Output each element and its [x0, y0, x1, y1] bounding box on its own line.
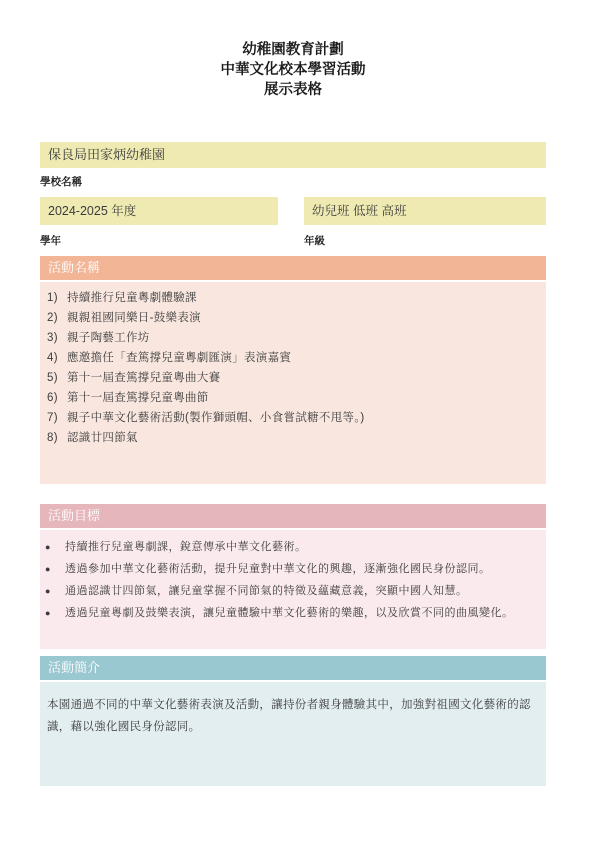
- activity-name-item: 1) 持續推行兒童粵劇體驗課: [40, 288, 546, 308]
- list-item-text: 親親祖國同樂日-鼓樂表演: [67, 308, 546, 328]
- list-item-number: 4): [47, 348, 67, 368]
- activity-name-item: 8) 認識廿四節氣: [40, 428, 546, 448]
- title-line-3: 展示表格: [40, 80, 546, 100]
- bullet-icon: [45, 536, 65, 558]
- school-name-label: 學校名稱: [40, 176, 546, 188]
- document-title: 幼稚園教育計劃 中華文化校本學習活動 展示表格: [40, 0, 546, 100]
- activity-intro-header: 活動簡介: [40, 656, 546, 680]
- title-line-2: 中華文化校本學習活動: [40, 60, 546, 80]
- activity-goal-item: 通過認識廿四節氣，讓兒童掌握不同節氣的特徵及蘊藏意義，突顯中國人知慧。: [40, 580, 546, 602]
- bullet-icon: [45, 558, 65, 580]
- list-item-text: 應邀擔任「查篤撐兒童粵劇匯演」表演嘉賓: [67, 348, 546, 368]
- list-item-number: 1): [47, 288, 67, 308]
- activity-name-item: 6) 第十一屆查篤撐兒童粵曲節: [40, 388, 546, 408]
- cell-gap: [278, 197, 304, 225]
- cell-gap: [278, 231, 304, 249]
- activity-name-item: 7) 親子中華文化藝術活動(製作獅頭帽、小食嘗試糖不甩等。): [40, 408, 546, 428]
- goal-item-text: 透過兒童粵劇及鼓樂表演，讓兒童體驗中華文化藝術的樂趣，以及欣賞不同的曲風變化。: [65, 602, 546, 624]
- grade-label: 年級: [304, 235, 325, 247]
- activity-name-item: 3) 親子陶藝工作坊: [40, 328, 546, 348]
- activity-goal-item: 持續推行兒童粵劇課，銳意傳承中華文化藝術。: [40, 536, 546, 558]
- list-item-text: 親子中華文化藝術活動(製作獅頭帽、小食嘗試糖不甩等。): [67, 408, 546, 428]
- list-item-text: 認識廿四節氣: [67, 428, 546, 448]
- activity-intro-text: 本園通過不同的中華文化藝術表演及活動，讓持份者親身體驗其中，加強對祖國文化藝術的…: [47, 694, 538, 738]
- page-content: 幼稚園教育計劃 中華文化校本學習活動 展示表格 保良局田家炳幼稚園 學校名稱 2…: [40, 0, 546, 786]
- school-year-label: 學年: [40, 235, 61, 247]
- list-item-text: 持續推行兒童粵劇體驗課: [67, 288, 546, 308]
- activity-name-item: 2) 親親祖國同樂日-鼓樂表演: [40, 308, 546, 328]
- list-item-number: 8): [47, 428, 67, 448]
- list-item-text: 第十一屆查篤撐兒童粵曲大賽: [67, 368, 546, 388]
- activity-names-list: 1) 持續推行兒童粵劇體驗課 2) 親親祖國同樂日-鼓樂表演 3) 親子陶藝工作…: [40, 282, 546, 484]
- school-year-field: 2024-2025 年度: [40, 197, 278, 225]
- activity-goal-item: 透過兒童粵劇及鼓樂表演，讓兒童體驗中華文化藝術的樂趣，以及欣賞不同的曲風變化。: [40, 602, 546, 624]
- year-grade-row: 2024-2025 年度 幼兒班 低班 高班: [40, 197, 546, 225]
- activity-name-item: 4) 應邀擔任「查篤撐兒童粵劇匯演」表演嘉賓: [40, 348, 546, 368]
- school-name-field: 保良局田家炳幼稚園: [40, 142, 546, 168]
- bullet-icon: [45, 580, 65, 602]
- activity-intro-body: 本園通過不同的中華文化藝術表演及活動，讓持份者親身體驗其中，加強對祖國文化藝術的…: [40, 682, 546, 786]
- bullet-icon: [45, 602, 65, 624]
- list-item-number: 7): [47, 408, 67, 428]
- list-item-number: 3): [47, 328, 67, 348]
- list-item-number: 6): [47, 388, 67, 408]
- list-item-text: 第十一屆查篤撐兒童粵曲節: [67, 388, 546, 408]
- goal-item-text: 透過參加中華文化藝術活動，提升兒童對中華文化的興趣，逐漸強化國民身份認同。: [65, 558, 546, 580]
- grade-field: 幼兒班 低班 高班: [304, 197, 546, 225]
- activity-goal-item: 透過參加中華文化藝術活動，提升兒童對中華文化的興趣，逐漸強化國民身份認同。: [40, 558, 546, 580]
- title-line-1: 幼稚園教育計劃: [40, 40, 546, 60]
- activity-goals-header: 活動目標: [40, 504, 546, 528]
- list-item-number: 2): [47, 308, 67, 328]
- goal-item-text: 通過認識廿四節氣，讓兒童掌握不同節氣的特徵及蘊藏意義，突顯中國人知慧。: [65, 580, 546, 602]
- activity-name-item: 5) 第十一屆查篤撐兒童粵曲大賽: [40, 368, 546, 388]
- year-grade-labels: 學年 年級: [40, 231, 546, 249]
- activity-names-header: 活動名稱: [40, 256, 546, 280]
- goal-item-text: 持續推行兒童粵劇課，銳意傳承中華文化藝術。: [65, 536, 546, 558]
- list-item-number: 5): [47, 368, 67, 388]
- list-item-text: 親子陶藝工作坊: [67, 328, 546, 348]
- document-page: 幼稚園教育計劃 中華文化校本學習活動 展示表格 保良局田家炳幼稚園 學校名稱 2…: [0, 0, 595, 842]
- activity-goals-list: 持續推行兒童粵劇課，銳意傳承中華文化藝術。 透過參加中華文化藝術活動，提升兒童對…: [40, 530, 546, 649]
